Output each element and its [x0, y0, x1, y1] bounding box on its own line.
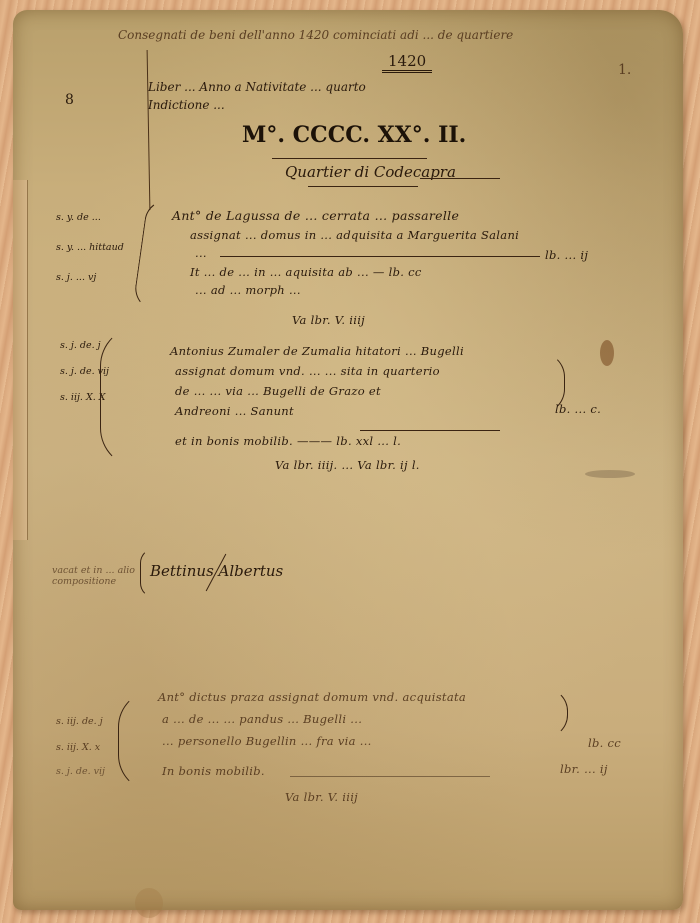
margin-note: s. y. ... hittaud	[56, 242, 124, 253]
entry-line: assignat ... domus in ... adquisita a Ma…	[190, 228, 519, 242]
margin-note: s. iij. de. j	[56, 716, 103, 727]
page-heading: M°. CCCC. XX°. II.	[242, 122, 466, 148]
entry-line: ...	[195, 246, 207, 260]
entry-line: It ... de ... in ... aquisita ab ... — l…	[190, 265, 422, 279]
entry-line: et in bonis mobilib. ——— lb. xxl ... l.	[175, 434, 401, 448]
amount: lb. cc	[588, 736, 621, 750]
entry-line: Ant° dictus praza assignat domum vnd. ac…	[158, 690, 466, 704]
entry-line: ... ad ... morph ...	[195, 283, 301, 297]
top-note: Consegnati de beni dell'anno 1420 cominc…	[118, 28, 513, 42]
entry-line: ... personello Bugellin ... fra via ...	[162, 734, 372, 748]
year: 1420	[382, 52, 432, 73]
valuation: Va lbr. V. iiij	[285, 790, 358, 804]
entry-line: Antonius Zumaler de Zumalia hitatori ...…	[170, 344, 464, 358]
amount: lbr. ... ij	[560, 762, 608, 776]
title-flourish	[420, 178, 500, 179]
entry-bracket	[100, 326, 163, 468]
fill-rule	[220, 256, 540, 257]
entry-line: de ... ... via ... Bugelli de Grazo et	[175, 384, 381, 398]
ink-stain	[135, 888, 163, 918]
entry-line: a ... de ... ... pandus ... Bugelli ...	[162, 712, 362, 726]
binding-strip	[13, 180, 28, 540]
margin-note: s. j. de. vij	[56, 766, 105, 777]
entry-line: Ant° de Lagussa de ... cerrata ... passa…	[172, 208, 459, 223]
margin-note: s. iij. X. X	[60, 392, 106, 403]
heading-rule	[272, 158, 427, 159]
entry-line: Andreoni ... Sanunt	[175, 404, 294, 418]
margin-note: s. j. de. j	[60, 340, 101, 351]
entry-line: assignat domum vnd. ... ... sita in quar…	[175, 364, 440, 378]
ink-stain	[600, 340, 614, 366]
margin-note: s. iij. X. x	[56, 742, 100, 753]
valuation: Va lbr. V. iiij	[292, 313, 365, 327]
amount: lb. ... ij	[545, 248, 588, 262]
margin-number: 8	[65, 92, 74, 108]
fill-rule	[290, 776, 490, 777]
folio-number: 1.	[618, 62, 631, 78]
fill-rule	[360, 430, 500, 431]
intro-line-1: Liber ... Anno a Nativitate ... quarto	[148, 80, 366, 94]
intro-line-2: Indictione ...	[148, 98, 225, 112]
title-underline	[308, 186, 418, 187]
margin-note: vacat et in ... alio compositione	[52, 565, 147, 587]
margin-note: s. j. ... vj	[56, 272, 96, 283]
margin-note: s. y. de ...	[56, 212, 101, 223]
amount: lb. ... c.	[555, 402, 601, 416]
entry-line: In bonis mobilib.	[162, 764, 265, 778]
smudge	[585, 470, 635, 478]
valuation: Va lbr. iiij. ... Va lbr. ij l.	[275, 458, 420, 472]
